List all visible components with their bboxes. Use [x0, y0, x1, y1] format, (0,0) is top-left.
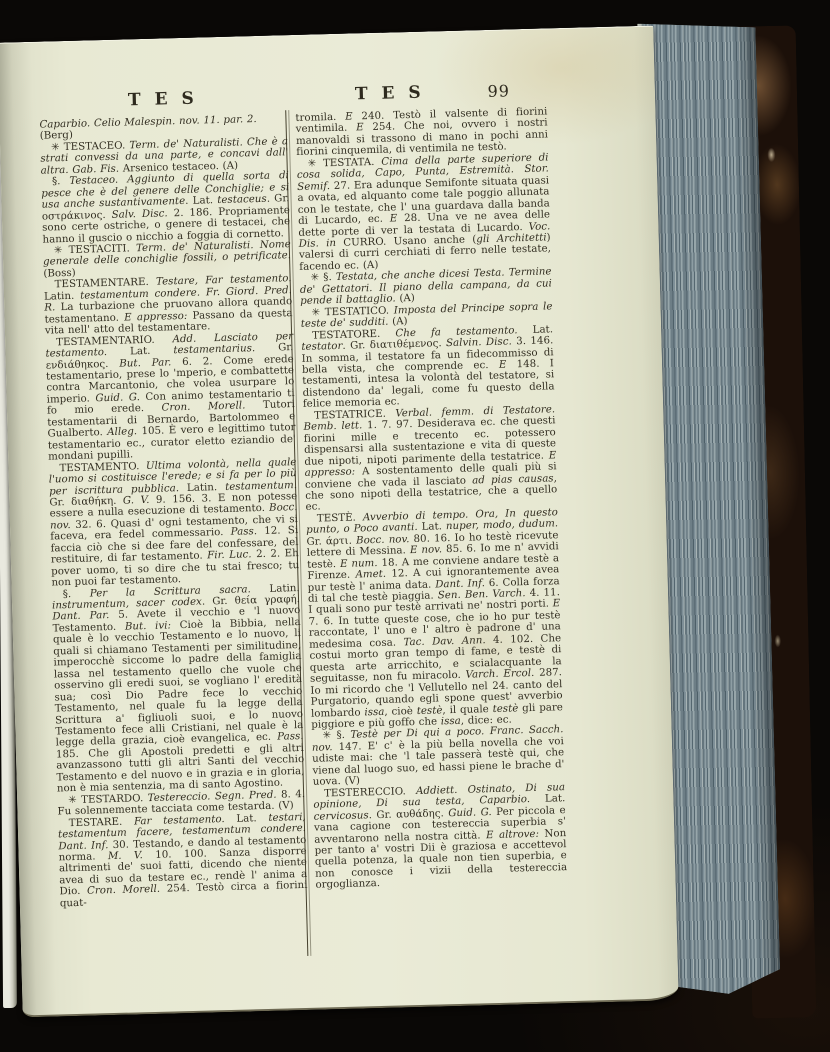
dictionary-entry: tromila. E 240. Testò il valsente di fio… — [295, 106, 548, 158]
dictionary-entry: §. Testaceo. Aggiunto di quella sorta di… — [41, 170, 291, 245]
dictionary-entry: TESTAMENTO. Ultima volontà, nella quale … — [48, 457, 299, 589]
text-column-right: tromila. E 240. Testò il valsente di fio… — [295, 106, 567, 891]
dictionary-entry: ✳ §. Testè per Di qui a poco. Franc. Sac… — [311, 725, 564, 789]
running-head-right: T E S — [271, 80, 509, 106]
dictionary-entry: TESTÈ. Avverbio di tempo. Ora, In questo… — [306, 507, 564, 731]
dictionary-entry: TESTATRICE. Verbal. femm. di Testatore. … — [303, 404, 558, 514]
dictionary-entry: §. Per la Scrittura sacra. Latin. instru… — [52, 583, 305, 796]
page-number: 99 — [476, 81, 522, 101]
dictionary-entry: TESTAMENTARE. Testare, Far testamento. L… — [44, 273, 293, 337]
dictionary-entry: TESTAMENTARIO. Add. Lasciato per testame… — [45, 331, 296, 463]
dictionary-entry: TESTARE. Far testamento. Lat. testari, t… — [58, 812, 308, 910]
text-column-left: Caparbio. Celio Malespin. nov. 11. par. … — [39, 113, 308, 909]
dictionary-entry: TESTATORE. Che fa testamento. Lat. testa… — [301, 324, 555, 411]
running-head-left: T E S — [39, 86, 287, 112]
dictionary-entry: TESTERECCIO. Addiett. Ostinato, Di sua o… — [313, 782, 568, 892]
dictionary-entry: ✳ TESTATA. Cima della parte superiore di… — [296, 152, 551, 273]
book-page: T E S T E S 99 Caparbio. Celio Malespin.… — [0, 26, 679, 1018]
